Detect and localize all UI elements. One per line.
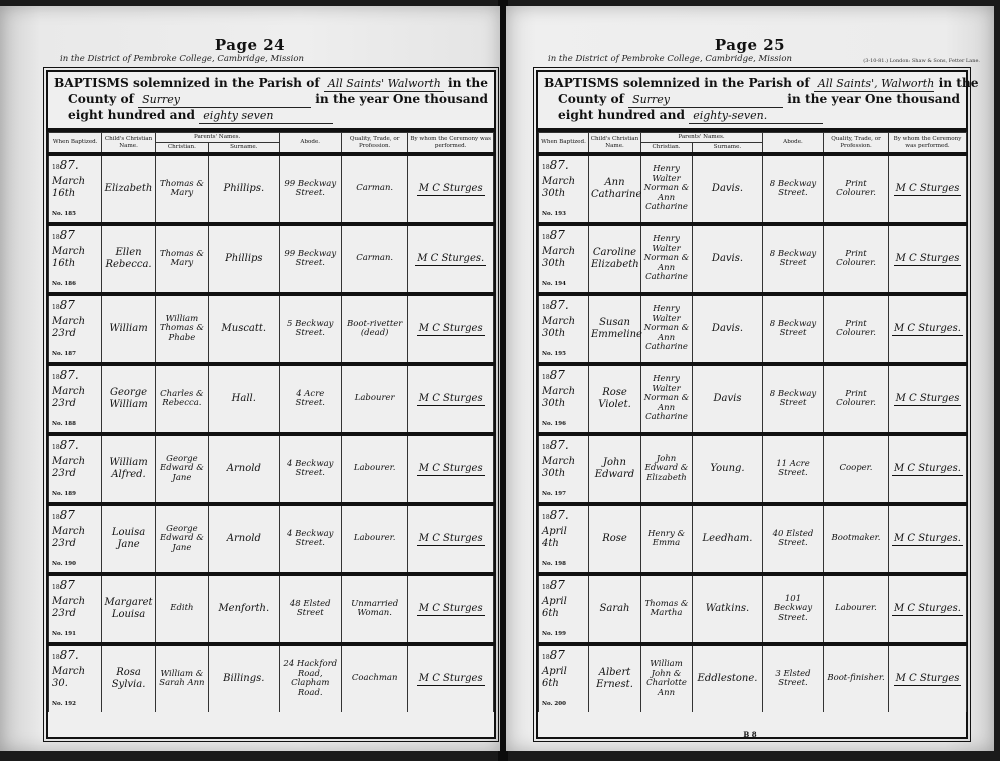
officiant-cell: M C Sturges <box>889 644 967 712</box>
heading-line1-prefix: BAPTISMS solemnized in the Parish of <box>54 76 320 92</box>
when-baptized-cell: 1887 March 23rd No. 187 <box>49 294 102 364</box>
quality-cell: Carman. <box>341 154 407 224</box>
col-quality: Quality, Trade, or Profession. <box>824 133 889 155</box>
when-baptized-cell: 1887. March 16th No. 185 <box>49 154 102 224</box>
parents-christian-cell: Thomas & Mary <box>155 154 208 224</box>
parents-surname-cell: Muscatt. <box>209 294 279 364</box>
heading-line2-suffix: in the year One thousand <box>315 92 488 108</box>
officiant-signature: M C Sturges. <box>892 463 963 476</box>
entry-number: No. 191 <box>52 628 99 640</box>
entry-number: No. 188 <box>52 418 99 430</box>
officiant-cell: M C Sturges. <box>889 434 967 504</box>
parents-christian-cell: George Edward & Jane <box>155 434 208 504</box>
year-value: 1887 <box>52 304 75 311</box>
child-name-cell: Rose Violet. <box>589 364 641 434</box>
baptism-table: When Baptized. Child's Christian Name. P… <box>538 132 967 712</box>
officiant-signature: M C Sturges <box>417 323 485 336</box>
parents-surname-cell: Young. <box>693 434 763 504</box>
entry-number: No. 186 <box>52 278 99 290</box>
officiant-signature: M C Sturges <box>417 533 485 546</box>
year-value: 1887. <box>52 654 79 661</box>
year-value: 1887 <box>542 234 565 241</box>
entry-number: No. 196 <box>542 418 586 430</box>
year-value: 1887 <box>52 584 75 591</box>
year-value: 1887 <box>542 654 565 661</box>
child-name-cell: Elizabeth <box>102 154 155 224</box>
baptism-date: March 23rd <box>52 526 99 550</box>
when-baptized-cell: 1887 April 6th No. 200 <box>539 644 589 712</box>
abode-cell: 48 Elsted Street <box>279 574 341 644</box>
child-name-cell: Rose <box>589 504 641 574</box>
when-baptized-cell: 1887 March 16th No. 186 <box>49 224 102 294</box>
parents-christian-cell: William & Sarah Ann <box>155 644 208 712</box>
when-baptized-cell: 1887 March 30th No. 194 <box>539 224 589 294</box>
register-frame: BAPTISMS solemnized in the Parish of All… <box>46 70 496 739</box>
baptism-entry-row: 1887 March 30th No. 196 Rose Violet. Hen… <box>539 364 967 434</box>
baptism-entry-row: 1887. March 16th No. 185 Elizabeth Thoma… <box>49 154 494 224</box>
quality-cell: Labourer. <box>824 574 889 644</box>
quality-cell: Carman. <box>341 224 407 294</box>
baptism-table: When Baptized. Child's Christian Name. P… <box>48 132 494 712</box>
abode-cell: 8 Beckway Street <box>763 294 824 364</box>
register-heading: BAPTISMS solemnized in the Parish of All… <box>538 72 966 124</box>
baptism-entry-row: 1887 April 6th No. 199 Sarah Thomas & Ma… <box>539 574 967 644</box>
year-field: eighty-seven. <box>689 108 823 124</box>
baptism-entry-row: 1887. March 30. No. 192 Rosa Sylvia. Wil… <box>49 644 494 712</box>
parents-surname-cell: Phillips. <box>209 154 279 224</box>
baptism-entry-row: 1887 April 6th No. 200 Albert Ernest. Wi… <box>539 644 967 712</box>
parish-field: All Saints', Walworth <box>814 76 934 92</box>
officiant-signature: M C Sturges <box>894 253 962 266</box>
parents-christian-cell: William Thomas & Phabe <box>155 294 208 364</box>
baptism-date: March 30th <box>542 316 586 340</box>
when-baptized-cell: 1887. March 23rd No. 188 <box>49 364 102 434</box>
officiant-cell: M C Sturges <box>889 224 967 294</box>
officiant-cell: M C Sturges <box>408 644 494 712</box>
abode-cell: 4 Acre Street. <box>279 364 341 434</box>
when-baptized-cell: 1887 March 23rd No. 191 <box>49 574 102 644</box>
officiant-cell: M C Sturges <box>889 364 967 434</box>
parents-surname-cell: Davis <box>693 364 763 434</box>
baptism-entry-row: 1887. March 30th No. 195 Susan Emmeline … <box>539 294 967 364</box>
officiant-signature: M C Sturges <box>894 183 962 196</box>
baptism-entry-row: 1887. March 30th No. 197 John Edward Joh… <box>539 434 967 504</box>
when-baptized-cell: 1887. April 4th No. 198 <box>539 504 589 574</box>
officiant-cell: M C Sturges <box>408 504 494 574</box>
officiant-signature: M C Sturges. <box>892 533 963 546</box>
child-name-cell: Caroline Elizabeth <box>589 224 641 294</box>
child-name-cell: George William <box>102 364 155 434</box>
child-name-cell: Sarah <box>589 574 641 644</box>
col-by-whom: By whom the Ceremony was performed. <box>889 133 967 155</box>
year-value: 1887 <box>542 584 565 591</box>
parents-surname-cell: Eddlestone. <box>693 644 763 712</box>
quality-cell: Unmarried Woman. <box>341 574 407 644</box>
heading-line3-prefix: eight hundred and <box>68 108 195 124</box>
officiant-cell: M C Sturges <box>408 574 494 644</box>
parents-surname-cell: Phillips <box>209 224 279 294</box>
year-value: 1887 <box>52 514 75 521</box>
parents-christian-cell: Henry Walter Norman & Ann Catharine <box>641 364 693 434</box>
col-child-name: Child's Christian Name. <box>589 133 641 155</box>
parents-christian-cell: William John & Charlotte Ann <box>641 644 693 712</box>
baptism-date: March 16th <box>52 246 99 270</box>
baptism-entry-row: 1887 March 30th No. 194 Caroline Elizabe… <box>539 224 967 294</box>
entry-number: No. 192 <box>52 698 99 710</box>
parents-christian-cell: Thomas & Mary <box>155 224 208 294</box>
baptism-entry-row: 1887. March 30th No. 193 Ann Catharine H… <box>539 154 967 224</box>
parents-christian-cell: Henry Walter Norman & Ann Catharine <box>641 294 693 364</box>
entry-number: No. 197 <box>542 488 586 500</box>
quality-cell: Print Colourer. <box>824 224 889 294</box>
abode-cell: 8 Beckway Street <box>763 224 824 294</box>
officiant-signature: M C Sturges. <box>415 253 486 266</box>
child-name-cell: Ellen Rebecca. <box>102 224 155 294</box>
parents-christian-cell: Thomas & Martha <box>641 574 693 644</box>
abode-cell: 5 Beckway Street. <box>279 294 341 364</box>
when-baptized-cell: 1887. March 30th No. 197 <box>539 434 589 504</box>
baptism-entry-row: 1887 March 23rd No. 190 Louisa Jane Geor… <box>49 504 494 574</box>
year-value: 1887. <box>542 164 569 171</box>
left-page: Page 24 in the District of Pembroke Coll… <box>0 6 500 751</box>
quality-cell: Boot-finisher. <box>824 644 889 712</box>
child-name-cell: John Edward <box>589 434 641 504</box>
baptism-date: March 23rd <box>52 386 99 410</box>
child-name-cell: Albert Ernest. <box>589 644 641 712</box>
col-when-baptized: When Baptized. <box>539 133 589 155</box>
parents-surname-cell: Arnold <box>209 504 279 574</box>
when-baptized-cell: 1887. March 30. No. 192 <box>49 644 102 712</box>
district-note: in the District of Pembroke College, Cam… <box>60 54 304 64</box>
officiant-cell: M C Sturges <box>408 294 494 364</box>
parish-field: All Saints' Walworth <box>324 76 444 92</box>
printer-imprint: (3-10-81.) London: Shaw & Sons, Fetter L… <box>863 58 980 64</box>
entry-number: No. 198 <box>542 558 586 570</box>
heading-line1-prefix: BAPTISMS solemnized in the Parish of <box>544 76 810 92</box>
heading-line2-prefix: County of <box>68 92 134 108</box>
abode-cell: 8 Beckway Street. <box>763 154 824 224</box>
parents-surname-cell: Hall. <box>209 364 279 434</box>
entry-number: No. 185 <box>52 208 99 220</box>
county-field: Surrey <box>138 92 311 108</box>
col-abode: Abode. <box>763 133 824 155</box>
officiant-cell: M C Sturges <box>408 154 494 224</box>
page-title: Page 24 <box>0 36 500 54</box>
baptism-date: April 4th <box>542 526 586 550</box>
abode-cell: 8 Beckway Street <box>763 364 824 434</box>
quality-cell: Print Colourer. <box>824 154 889 224</box>
abode-cell: 40 Elsted Street. <box>763 504 824 574</box>
baptism-date: March 16th <box>52 176 99 200</box>
when-baptized-cell: 1887. March 30th No. 193 <box>539 154 589 224</box>
child-name-cell: William <box>102 294 155 364</box>
officiant-signature: M C Sturges <box>894 393 962 406</box>
page-title: Page 25 <box>506 36 994 54</box>
baptism-date: April 6th <box>542 596 586 620</box>
year-value: 1887. <box>542 304 569 311</box>
entry-number: No. 187 <box>52 348 99 360</box>
baptism-entry-row: 1887. March 23rd No. 189 William Alfred.… <box>49 434 494 504</box>
quality-cell: Cooper. <box>824 434 889 504</box>
register-heading: BAPTISMS solemnized in the Parish of All… <box>48 72 494 124</box>
baptism-date: March 23rd <box>52 316 99 340</box>
parents-surname-cell: Arnold <box>209 434 279 504</box>
when-baptized-cell: 1887. March 23rd No. 189 <box>49 434 102 504</box>
parents-surname-cell: Davis. <box>693 224 763 294</box>
district-note: in the District of Pembroke College, Cam… <box>548 54 792 64</box>
year-field: eighty seven <box>199 108 333 124</box>
officiant-signature: M C Sturges <box>894 673 962 686</box>
abode-cell: 24 Hackford Road, Clapham Road. <box>279 644 341 712</box>
right-page: Page 25 in the District of Pembroke Coll… <box>506 6 994 751</box>
baptism-entry-row: 1887. March 23rd No. 188 George William … <box>49 364 494 434</box>
col-parents-surname: Surname. <box>209 143 279 155</box>
abode-cell: 101 Beckway Street. <box>763 574 824 644</box>
quality-cell: Print Colourer. <box>824 364 889 434</box>
baptism-date: March 30. <box>52 666 99 690</box>
officiant-cell: M C Sturges. <box>889 504 967 574</box>
baptism-entry-row: 1887 March 16th No. 186 Ellen Rebecca. T… <box>49 224 494 294</box>
heading-line2-suffix: in the year One thousand <box>787 92 960 108</box>
signature-mark: B 8 <box>743 730 756 739</box>
heading-line1-suffix: in the <box>939 76 979 92</box>
baptism-date: March 23rd <box>52 456 99 480</box>
baptism-date: March 30th <box>542 246 586 270</box>
officiant-signature: M C Sturges <box>417 393 485 406</box>
year-value: 1887 <box>542 374 565 381</box>
baptism-entry-row: 1887. April 4th No. 198 Rose Henry & Emm… <box>539 504 967 574</box>
quality-cell: Labourer <box>341 364 407 434</box>
parents-surname-cell: Leedham. <box>693 504 763 574</box>
col-when-baptized: When Baptized. <box>49 133 102 155</box>
officiant-cell: M C Sturges. <box>889 294 967 364</box>
officiant-cell: M C Sturges <box>408 434 494 504</box>
col-child-name: Child's Christian Name. <box>102 133 155 155</box>
entry-number: No. 193 <box>542 208 586 220</box>
quality-cell: Labourer. <box>341 434 407 504</box>
quality-cell: Coachman <box>341 644 407 712</box>
child-name-cell: Ann Catharine <box>589 154 641 224</box>
entry-number: No. 195 <box>542 348 586 360</box>
child-name-cell: Susan Emmeline <box>589 294 641 364</box>
officiant-cell: M C Sturges. <box>889 574 967 644</box>
register-frame: BAPTISMS solemnized in the Parish of All… <box>536 70 968 739</box>
abode-cell: 11 Acre Street. <box>763 434 824 504</box>
col-abode: Abode. <box>279 133 341 155</box>
officiant-signature: M C Sturges <box>417 463 485 476</box>
child-name-cell: Louisa Jane <box>102 504 155 574</box>
entry-number: No. 190 <box>52 558 99 570</box>
parents-surname-cell: Davis. <box>693 154 763 224</box>
baptism-entry-row: 1887 March 23rd No. 191 Margaret Louisa … <box>49 574 494 644</box>
county-field: Surrey <box>628 92 783 108</box>
quality-cell: Bootmaker. <box>824 504 889 574</box>
when-baptized-cell: 1887. March 30th No. 195 <box>539 294 589 364</box>
baptism-date: March 23rd <box>52 596 99 620</box>
parents-surname-cell: Davis. <box>693 294 763 364</box>
year-value: 1887. <box>52 444 79 451</box>
year-value: 1887 <box>52 234 75 241</box>
abode-cell: 99 Beckway Street. <box>279 224 341 294</box>
entry-number: No. 189 <box>52 488 99 500</box>
parents-christian-cell: Henry Walter Norman & Ann Catharine <box>641 224 693 294</box>
year-value: 1887. <box>52 374 79 381</box>
col-parents-christian: Christian. <box>155 143 208 155</box>
child-name-cell: William Alfred. <box>102 434 155 504</box>
officiant-signature: M C Sturges <box>417 673 485 686</box>
heading-line3-prefix: eight hundred and <box>558 108 685 124</box>
year-value: 1887. <box>542 444 569 451</box>
col-parents-names: Parents' Names. <box>155 133 279 143</box>
officiant-cell: M C Sturges <box>408 364 494 434</box>
officiant-signature: M C Sturges. <box>892 323 963 336</box>
child-name-cell: Margaret Louisa <box>102 574 155 644</box>
officiant-signature: M C Sturges. <box>892 603 963 616</box>
parents-surname-cell: Watkins. <box>693 574 763 644</box>
abode-cell: 4 Beckway Street. <box>279 434 341 504</box>
baptism-date: April 6th <box>542 666 586 690</box>
parents-surname-cell: Billings. <box>209 644 279 712</box>
col-parents-christian: Christian. <box>641 143 693 155</box>
quality-cell: Boot-rivetter (dead) <box>341 294 407 364</box>
parents-christian-cell: Henry Walter Norman & Ann Catharine <box>641 154 693 224</box>
abode-cell: 99 Beckway Street. <box>279 154 341 224</box>
officiant-cell: M C Sturges. <box>408 224 494 294</box>
quality-cell: Labourer. <box>341 504 407 574</box>
col-quality: Quality, Trade, or Profession. <box>341 133 407 155</box>
parents-christian-cell: Henry & Emma <box>641 504 693 574</box>
quality-cell: Print Colourer. <box>824 294 889 364</box>
when-baptized-cell: 1887 March 30th No. 196 <box>539 364 589 434</box>
year-value: 1887. <box>52 164 79 171</box>
baptism-date: March 30th <box>542 456 586 480</box>
abode-cell: 4 Beckway Street. <box>279 504 341 574</box>
col-parents-names: Parents' Names. <box>641 133 763 143</box>
parents-christian-cell: George Edward & Jane <box>155 504 208 574</box>
entry-number: No. 199 <box>542 628 586 640</box>
when-baptized-cell: 1887 March 23rd No. 190 <box>49 504 102 574</box>
parents-christian-cell: Edith <box>155 574 208 644</box>
parents-surname-cell: Menforth. <box>209 574 279 644</box>
child-name-cell: Rosa Sylvia. <box>102 644 155 712</box>
officiant-signature: M C Sturges <box>417 603 485 616</box>
baptism-entry-row: 1887 March 23rd No. 187 William William … <box>49 294 494 364</box>
officiant-signature: M C Sturges <box>417 183 485 196</box>
abode-cell: 3 Elsted Street. <box>763 644 824 712</box>
entry-number: No. 194 <box>542 278 586 290</box>
officiant-cell: M C Sturges <box>889 154 967 224</box>
col-parents-surname: Surname. <box>693 143 763 155</box>
baptism-date: March 30th <box>542 386 586 410</box>
parents-christian-cell: John Edward & Elizabeth <box>641 434 693 504</box>
baptism-date: March 30th <box>542 176 586 200</box>
year-value: 1887. <box>542 514 569 521</box>
when-baptized-cell: 1887 April 6th No. 199 <box>539 574 589 644</box>
heading-line2-prefix: County of <box>558 92 624 108</box>
heading-line1-suffix: in the <box>448 76 488 92</box>
col-by-whom: By whom the Ceremony was performed. <box>408 133 494 155</box>
entry-number: No. 200 <box>542 698 586 710</box>
parents-christian-cell: Charles & Rebecca. <box>155 364 208 434</box>
